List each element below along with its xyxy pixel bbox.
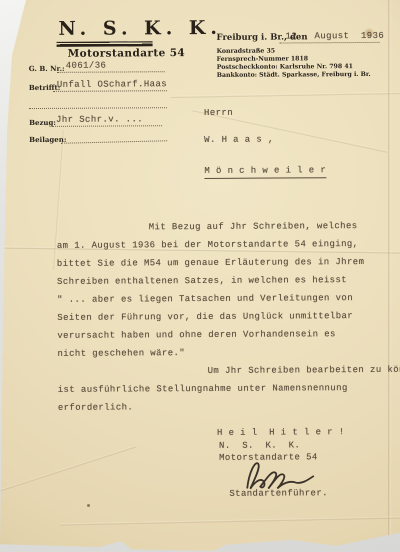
letterhead-rule bbox=[57, 41, 153, 47]
body-line: Um Jhr Schreiben bearbeiten zu können bbox=[208, 365, 400, 376]
body-line: am 1. August 1936 bei der Motorstandarte… bbox=[57, 239, 359, 251]
body-line: nicht geschehen wäre." bbox=[57, 348, 185, 359]
handwritten-signature bbox=[237, 457, 321, 492]
body-line: erforderlich. bbox=[58, 402, 133, 412]
field-underline bbox=[61, 140, 167, 143]
paper-sheet: N. S. K. K. Motorstandarte 54 G. B. Nr.:… bbox=[0, 0, 400, 552]
body-line: Seiten der Führung vor, die das Unglück … bbox=[57, 311, 353, 323]
body-line: Mit Bezug auf Jhr Schreiben, welches bbox=[149, 221, 358, 232]
closing-org: N. S. K. K. bbox=[219, 440, 300, 450]
body-line: verursacht haben und ohne deren Vorhande… bbox=[57, 329, 336, 341]
scanned-letter-page: N. S. K. K. Motorstandarte 54 G. B. Nr.:… bbox=[0, 0, 400, 552]
field-value-betrifft: Unfall OScharf.Haas bbox=[57, 79, 167, 90]
recipient-salutation: Herrn bbox=[204, 108, 233, 118]
letter-content: N. S. K. K. Motorstandarte 54 G. B. Nr.:… bbox=[0, 0, 400, 552]
recipient-name: W. H a a s , bbox=[204, 135, 274, 145]
date-underline bbox=[280, 42, 380, 44]
sender-address-line: Postscheckkonto: Karlsruhe Nr. 798 41 bbox=[217, 63, 353, 71]
field-underline bbox=[52, 125, 162, 127]
field-underline bbox=[53, 90, 167, 92]
closing-salute: H e i l H i t l e r ! bbox=[217, 427, 345, 438]
closing-role: Standartenführer. bbox=[229, 488, 328, 499]
body-line: bittet Sie die M54 um genaue Erläuterung… bbox=[57, 257, 365, 269]
body-line: ist ausführliche Stellungnahme unter Nam… bbox=[58, 383, 348, 395]
org-title: N. S. K. K. bbox=[58, 17, 222, 40]
body-line: " ... aber es liegen Tatsachen und Verle… bbox=[57, 293, 353, 305]
field-value-bezug: Jhr Schr.v. ... bbox=[56, 114, 143, 125]
sender-address-line: Bankkonto: Städt. Sparkasse, Freiburg i.… bbox=[217, 71, 371, 79]
body-line: Schreiben enthaltenen Satzes, in welchen… bbox=[57, 275, 347, 287]
org-unit: Motorstandarte 54 bbox=[68, 47, 186, 60]
field-value-gbnr: 4061/36 bbox=[66, 61, 107, 71]
recipient-city: M ö n c h w e i l e r bbox=[204, 165, 326, 179]
field-underline bbox=[29, 107, 167, 109]
sender-address-line: Fernsprech-Nummer 1818 bbox=[217, 55, 308, 63]
typed-date: 12. August 1936 bbox=[286, 31, 385, 42]
field-underline bbox=[57, 71, 165, 73]
sender-address-line: Konradstraße 35 bbox=[217, 48, 276, 55]
